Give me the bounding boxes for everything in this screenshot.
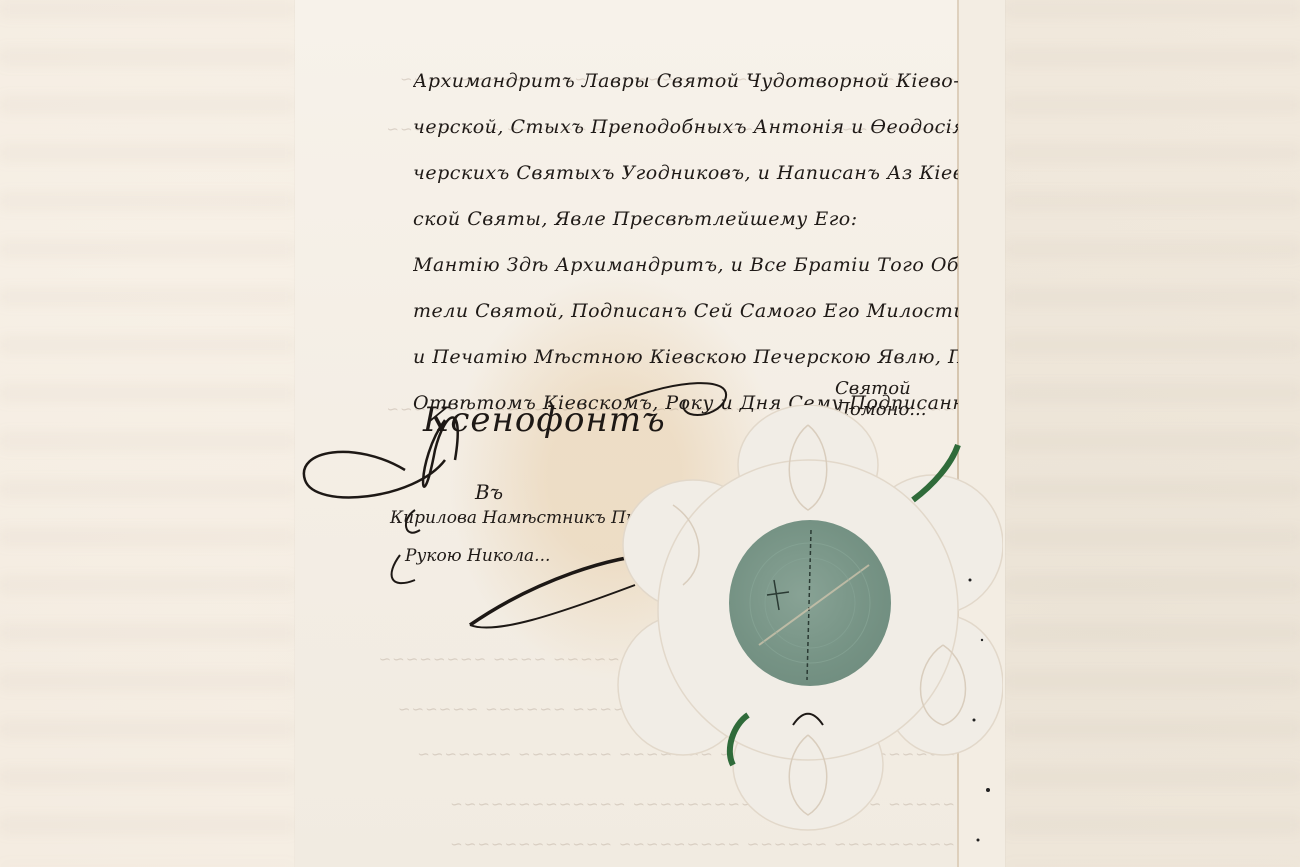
seal-impression-icon (729, 520, 891, 686)
text-line: черской, Стыхъ Преподобныхъ Антонія и Өе… (413, 104, 958, 150)
ink-specks-icon (960, 560, 1000, 860)
manuscript-text: Архимандритъ Лавры Святой Чудотворной Кі… (413, 58, 958, 426)
blurred-right-panel (1005, 0, 1300, 867)
text-line: Мантію Здѣ Архимандритъ, и Все Братіи То… (413, 242, 958, 288)
text-line: тели Святой, Подписанъ Сей Самого Его Ми… (413, 288, 958, 334)
text-line: черскихъ Святыхъ Угодниковъ, и Написанъ … (413, 150, 958, 196)
text-line: ской Святы, Явле Пресвѣтлейшему Его: (413, 196, 958, 242)
text-line: и Печатію Мѣстною Кіевскою Печерскою Явл… (413, 334, 958, 380)
signature-line: Въ (475, 480, 503, 504)
bleed-through-text: ~~~~~~~~~ ~~~~~~ ~~~~~~~~~ ~~~~~~~~~~~~ (295, 835, 955, 853)
blurred-left-panel (0, 0, 295, 867)
manuscript-page: ~~~ ~~~~~~ ~~~~ ~~~~~ ~~~~~~~ ~~~~ ~~~~~… (295, 0, 1005, 867)
text-line: Архимандритъ Лавры Святой Чудотворной Кі… (413, 58, 958, 104)
signature-line: Рукою Никола... (405, 546, 550, 566)
